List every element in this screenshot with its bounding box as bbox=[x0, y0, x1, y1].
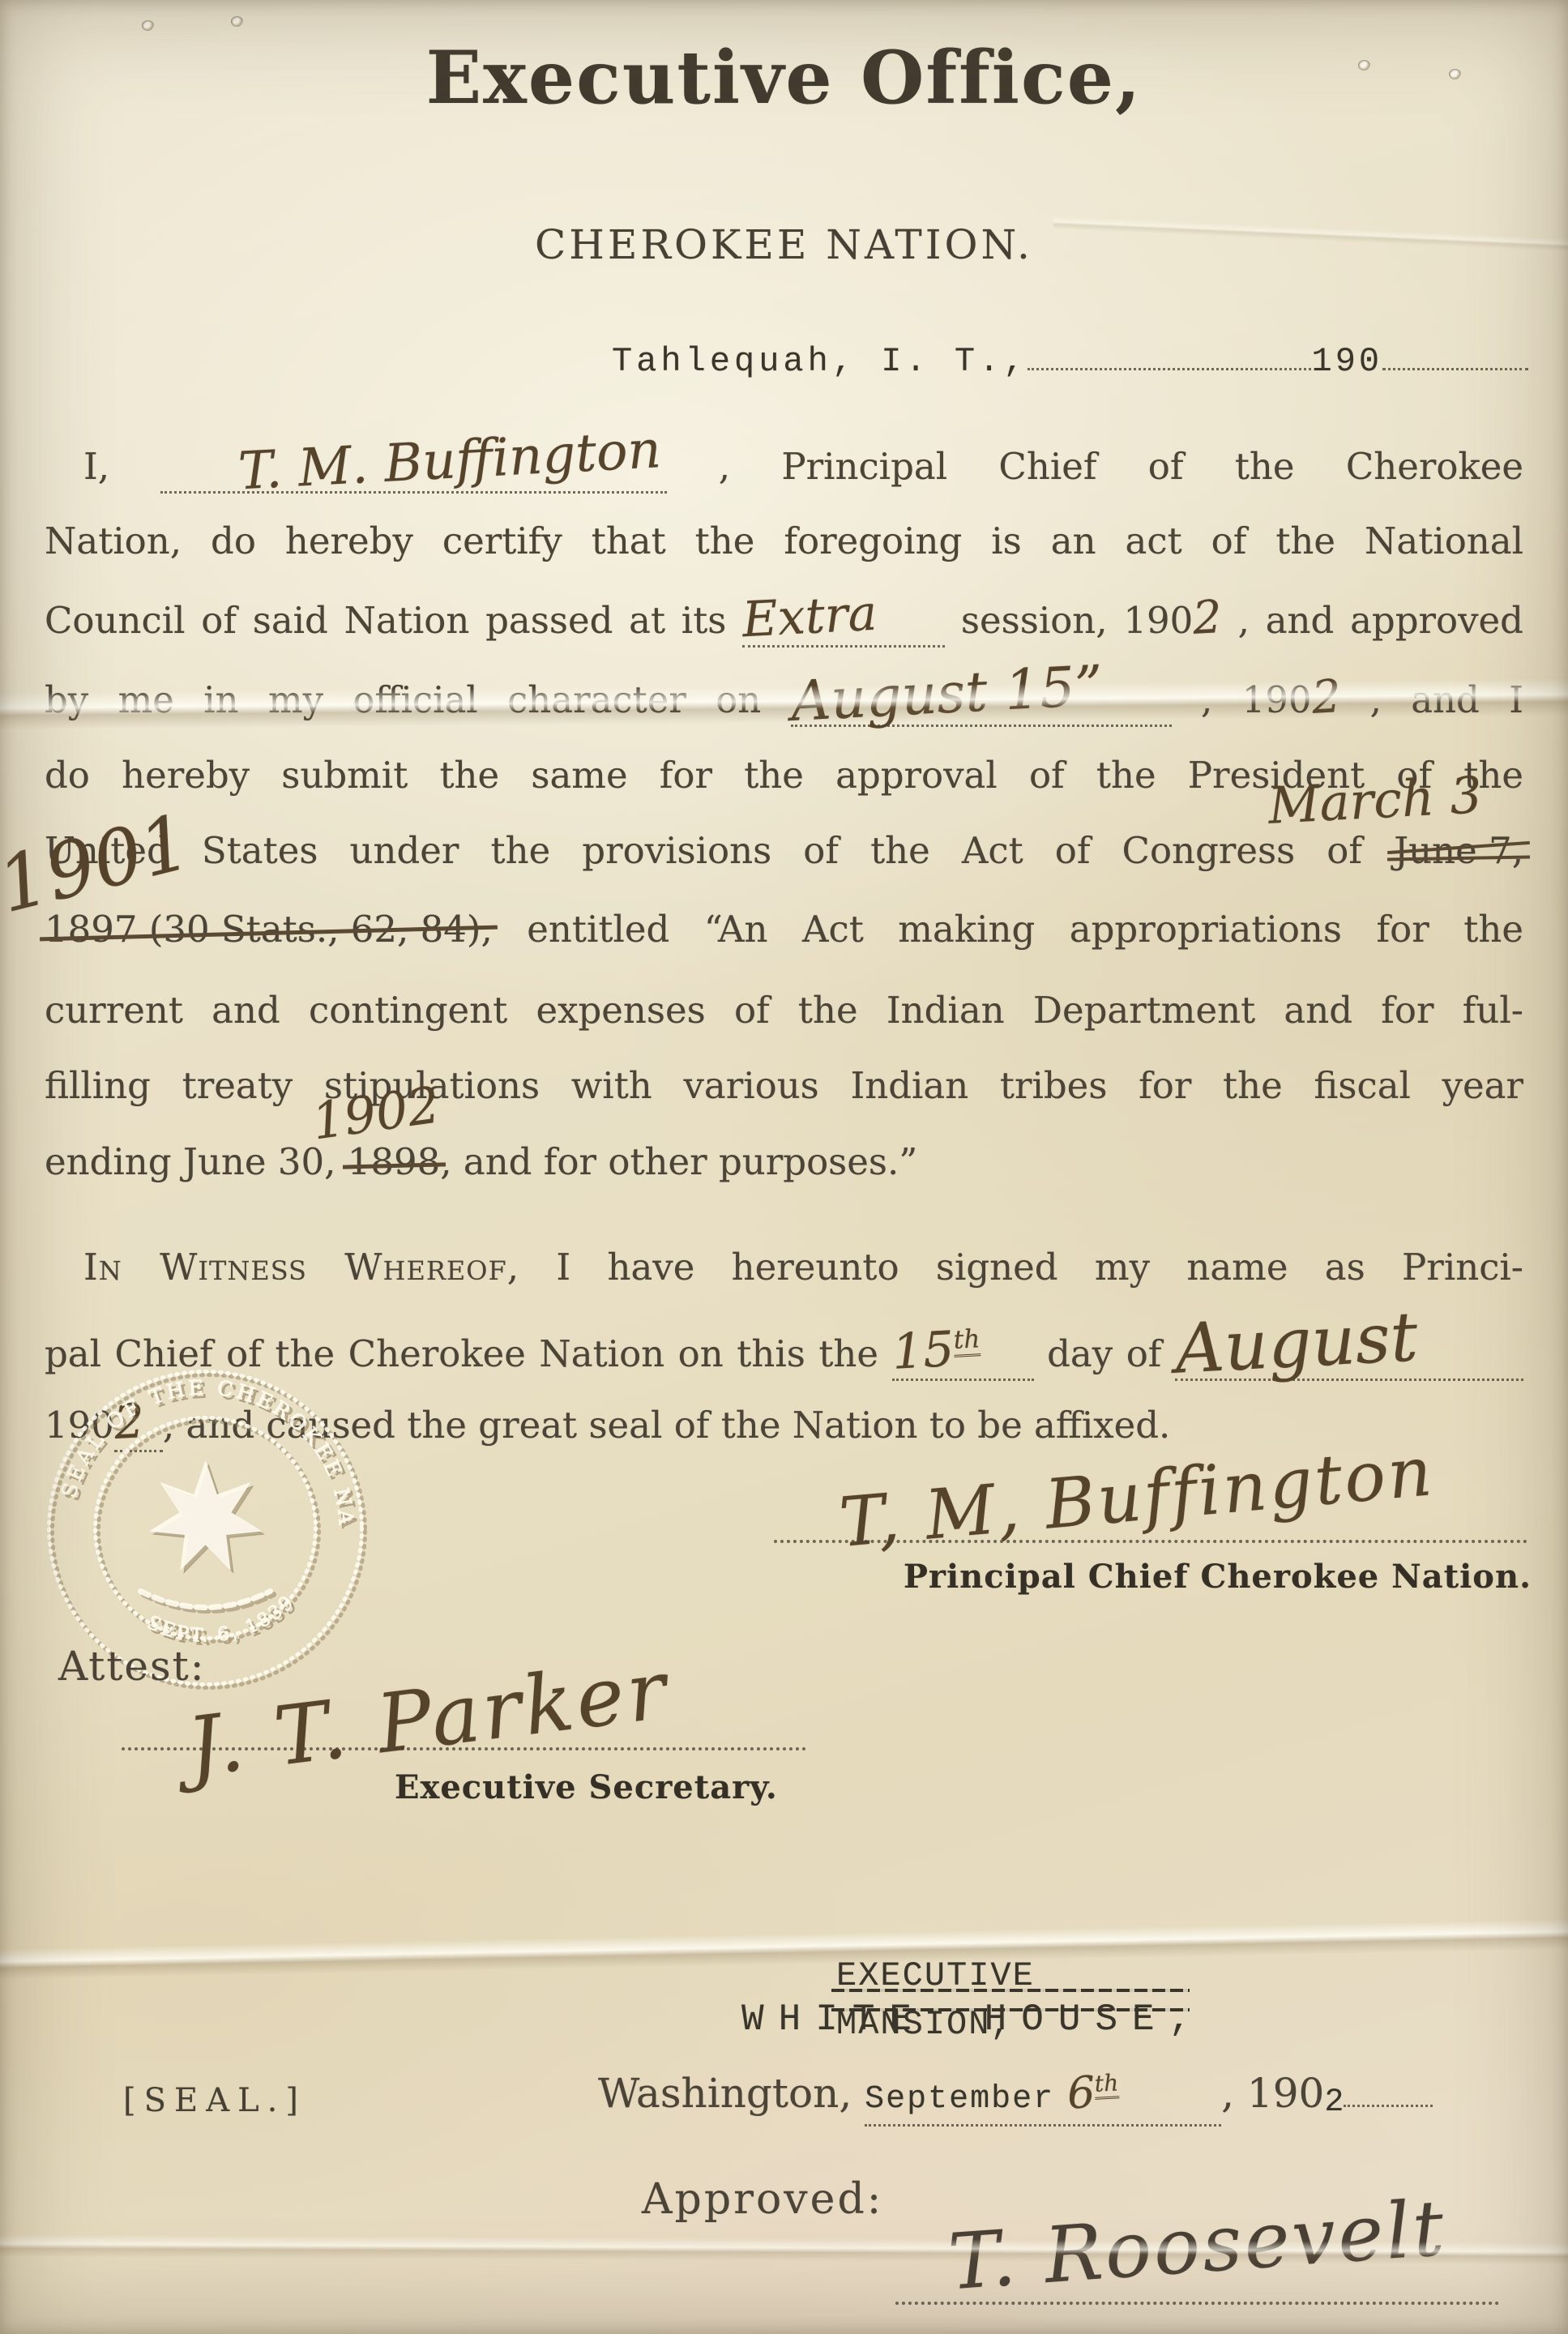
paper-crease bbox=[0, 1918, 1568, 1980]
witness-l2-mid: day of bbox=[1047, 1332, 1161, 1375]
approved-label: Approved: bbox=[642, 2175, 966, 2224]
struck-june-7: June 7, bbox=[1394, 827, 1523, 875]
body-line-7: 1901 1897 (30 Stats., 62, 84), entitled … bbox=[45, 905, 1523, 954]
seal-ring-date-highlight: SEPT. 6, 1839 bbox=[144, 1591, 300, 1647]
month-handwriting: August bbox=[1174, 1312, 1419, 1374]
footer-day-suffix: th bbox=[1094, 2069, 1119, 2099]
body-l3-mid: session, 190 bbox=[961, 599, 1193, 642]
chief-name-blank: T. M. Buffington bbox=[160, 438, 667, 494]
dateline-year-blank bbox=[1382, 368, 1528, 370]
approval-date-blank: August 15” bbox=[791, 670, 1172, 727]
struck-1897-stats: 1897 (30 Stats., 62, 84), bbox=[45, 905, 493, 954]
session-handwriting: Extra bbox=[741, 589, 878, 645]
footer-day-number: 6 bbox=[1066, 2067, 1096, 2119]
footer-year-prefix: , 190 bbox=[1221, 2070, 1324, 2117]
month-typed: September bbox=[865, 2081, 1054, 2118]
body-l3-post: , and approved bbox=[1238, 599, 1523, 642]
document-page: Executive Office, CHEROKEE NATION. Tahle… bbox=[0, 0, 1568, 2334]
secretary-signature-rule bbox=[122, 1747, 806, 1750]
document-subtitle: CHEROKEE NATION. bbox=[0, 220, 1568, 269]
chief-signature-rule bbox=[774, 1540, 1527, 1543]
pinhole bbox=[1358, 60, 1370, 71]
footer-year-blank bbox=[1344, 2105, 1433, 2107]
body-l3-pre: Council of said Nation passed at its bbox=[45, 599, 726, 642]
body-l10-pre: ending June 30, bbox=[45, 1140, 335, 1183]
witness-l1-rest: I have hereunto signed my name as Princi… bbox=[556, 1246, 1523, 1289]
president-signature-rule bbox=[895, 2302, 1499, 2305]
day-blank: 15th bbox=[892, 1326, 1034, 1381]
body-line-9: filling treaty stipulations with various… bbox=[45, 1062, 1523, 1110]
body-l10-post: , and for other purposes.” bbox=[440, 1140, 917, 1183]
seal-highlight-layer: SEAL OF THE CHEROKEE NATION SEPT. 6, 183… bbox=[20, 1339, 362, 1685]
dateline-blank bbox=[1028, 368, 1311, 370]
correction-1902-handwriting: 1902 bbox=[310, 1080, 443, 1146]
footer-year-typed: 2 bbox=[1324, 2084, 1344, 2121]
body-line-10: ending June 30, 1898, and for other purp… bbox=[45, 1138, 1523, 1186]
body-l1-pre: I, bbox=[83, 445, 109, 488]
footer-date-blank: September 6th bbox=[865, 2068, 1221, 2127]
white-house-line: WHITE HOUSE, bbox=[741, 1995, 1228, 2044]
body-line-4: by me in my official character on August… bbox=[45, 670, 1523, 727]
witness-line-1: In Witness Whereof, I have hereunto sign… bbox=[45, 1243, 1523, 1292]
document-title: Executive Office, bbox=[0, 53, 1568, 102]
body-line-3: Council of said Nation passed at its Ext… bbox=[45, 592, 1523, 648]
correction-1901-handwriting: 1901 bbox=[0, 818, 194, 912]
approval-date-handwriting: August 15” bbox=[789, 662, 1104, 727]
pinhole bbox=[1449, 69, 1461, 79]
washington-label: Washington, bbox=[598, 2070, 852, 2117]
chief-name-handwriting: T. M. Buffington bbox=[199, 425, 662, 498]
month-blank: August bbox=[1175, 1319, 1523, 1381]
body-l4-pre: by me in my official character on bbox=[45, 678, 761, 721]
body-l6-pre: United States under the provisions of th… bbox=[45, 829, 1362, 872]
secretary-title: Executive Secretary. bbox=[395, 1763, 881, 1812]
body-l7-post: entitled “An Act making appropriations f… bbox=[527, 908, 1523, 951]
svg-text:SEPT. 6, 1839: SEPT. 6, 1839 bbox=[144, 1591, 300, 1647]
dateline: Tahlequah, I. T.,190 bbox=[612, 334, 1536, 386]
seal-bracket-note: [SEAL.] bbox=[123, 2076, 382, 2125]
washington-dateline: Washington, September 6th, 1902 bbox=[598, 2068, 1554, 2127]
struck-1898: 1898 bbox=[348, 1138, 441, 1186]
session-blank: Extra bbox=[742, 592, 945, 648]
body-l4-post: , and I bbox=[1370, 678, 1523, 721]
president-signature-handwriting: T. Roosevelt bbox=[946, 2184, 1449, 2308]
pinhole bbox=[231, 16, 243, 27]
dateline-year-prefix: 190 bbox=[1311, 342, 1382, 381]
day-number: 15 bbox=[891, 1321, 955, 1381]
body-line-2: Nation, do hereby certify that the foreg… bbox=[45, 517, 1523, 566]
approval-year-handwriting: 2 bbox=[1310, 673, 1342, 723]
witness-whereof-smallcaps: In Witness Whereof, bbox=[83, 1246, 519, 1289]
chief-signature-title: Principal Chief Cherokee Nation. bbox=[891, 1553, 1532, 1601]
correction-march-3-handwriting: March 3 bbox=[1267, 771, 1484, 831]
day-handwriting: 15th bbox=[891, 1323, 981, 1377]
footer-day-handwriting: 6th bbox=[1066, 2067, 1121, 2118]
body-l4-mid: , 190 bbox=[1201, 678, 1312, 721]
body-line-6: United States under the provisions of th… bbox=[45, 827, 1523, 875]
dateline-place: Tahlequah, I. T., bbox=[612, 342, 1028, 381]
body-line-1: I, T. M. Buffington , Principal Chief of… bbox=[45, 438, 1523, 494]
body-line-8: current and contingent expenses of the I… bbox=[45, 986, 1523, 1035]
session-year-handwriting: 2 bbox=[1192, 593, 1224, 643]
body-l1-post: , Principal Chief of the Cherokee bbox=[719, 445, 1523, 488]
pinhole bbox=[142, 20, 154, 31]
day-suffix: th bbox=[952, 1324, 981, 1357]
